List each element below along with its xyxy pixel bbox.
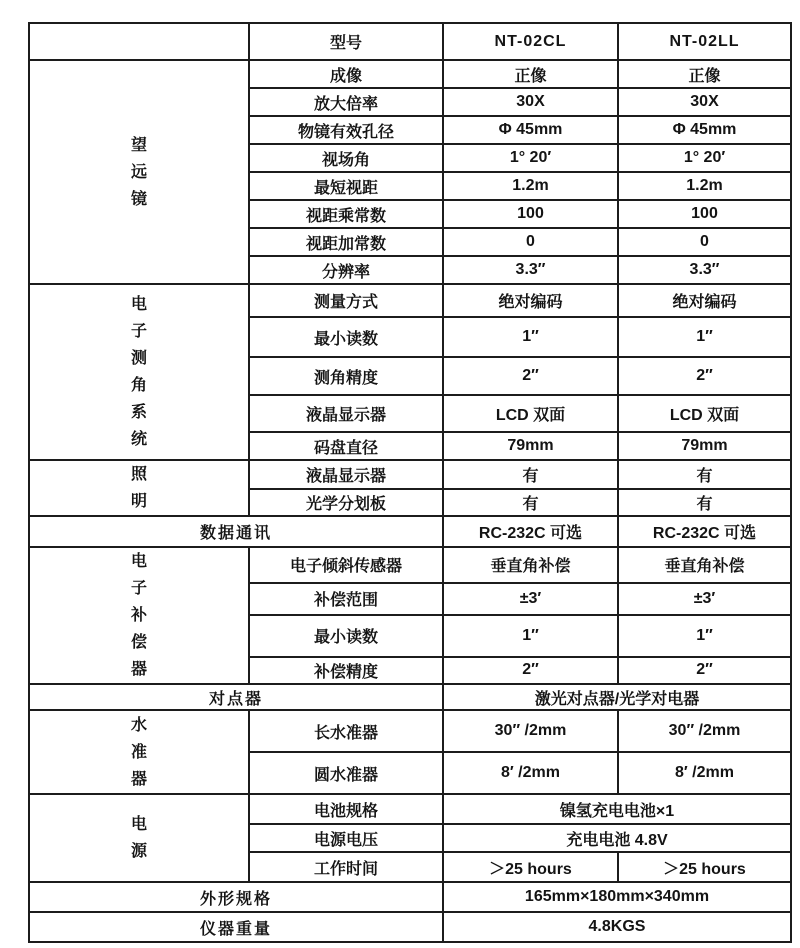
section-power-label: 电 源 (29, 794, 249, 882)
angle-accuracy-value-1: 2″ (443, 357, 618, 395)
power-voltage-label: 电源电压 (249, 824, 443, 852)
telescope-stadia-add-label: 视距加常数 (249, 228, 443, 256)
telescope-imaging-value-2: 正像 (618, 60, 791, 88)
telescope-char-1: 望 (30, 132, 248, 159)
telescope-aperture-label: 物镜有效孔径 (249, 116, 443, 144)
header-model-2: NT-02LL (618, 23, 791, 60)
level-char-1: 水 (30, 712, 248, 739)
power-working-time-value-1: ＞25 hours (443, 852, 618, 882)
angle-method-value-2: 绝对编码 (618, 284, 791, 317)
illumination-reticle-value-2: 有 (618, 489, 791, 517)
compensator-char-4: 偿 (30, 629, 248, 656)
power-working-time-label: 工作时间 (249, 852, 443, 882)
illumination-lcd-value-1: 有 (443, 460, 618, 489)
power-battery-label: 电池规格 (249, 794, 443, 824)
telescope-aperture-value-1: Φ 45mm (443, 116, 618, 144)
spec-sheet-page: 型号 NT-02CL NT-02LL 望 远 镜 成像 正像 正像 放大倍率 3… (0, 0, 800, 948)
level-char-2: 准 (30, 739, 248, 766)
telescope-resolution-value-2: 3.3″ (618, 256, 791, 284)
power-char-1: 电 (30, 811, 248, 838)
power-battery-value: 镍氢充电电池×1 (443, 794, 791, 824)
angle-char-2: 子 (30, 318, 248, 345)
telescope-char-3: 镜 (30, 186, 248, 213)
telescope-magnification-label: 放大倍率 (249, 88, 443, 116)
angle-lcd-label: 液晶显示器 (249, 395, 443, 432)
angle-char-4: 角 (30, 372, 248, 399)
header-model-label: 型号 (249, 23, 443, 60)
angle-disc-diameter-value-2: 79mm (618, 432, 791, 460)
level-char-3: 器 (30, 766, 248, 793)
compensator-char-5: 器 (30, 656, 248, 683)
compensator-tilt-sensor-value-2: 垂直角补偿 (618, 547, 791, 583)
dimensions-label: 外形规格 (29, 882, 443, 912)
illumination-reticle-label: 光学分划板 (249, 489, 443, 517)
data-comm-value-2: RC-232C 可选 (618, 516, 791, 547)
compensator-char-1: 电 (30, 548, 248, 575)
compensator-accuracy-value-2: 2″ (618, 657, 791, 684)
angle-min-reading-value-1: 1″ (443, 317, 618, 357)
header-model-1: NT-02CL (443, 23, 618, 60)
section-compensator-label: 电 子 补 偿 器 (29, 547, 249, 684)
angle-lcd-value-1: LCD 双面 (443, 395, 618, 432)
compensator-accuracy-label: 补偿精度 (249, 657, 443, 684)
telescope-stadia-mult-value-2: 100 (618, 200, 791, 228)
illumination-char-2: 明 (30, 488, 248, 515)
level-plate-value-2: 30″ /2mm (618, 710, 791, 752)
telescope-imaging-value-1: 正像 (443, 60, 618, 88)
weight-value: 4.8KGS (443, 912, 791, 942)
compensator-range-value-2: ±3′ (618, 583, 791, 615)
telescope-char-2: 远 (30, 159, 248, 186)
compensator-range-value-1: ±3′ (443, 583, 618, 615)
telescope-magnification-value-1: 30X (443, 88, 618, 116)
level-circular-value-1: 8′ /2mm (443, 752, 618, 794)
angle-min-reading-value-2: 1″ (618, 317, 791, 357)
plummet-value: 激光对点器/光学对电器 (443, 684, 791, 710)
telescope-imaging-label: 成像 (249, 60, 443, 88)
compensator-char-2: 子 (30, 575, 248, 602)
telescope-stadia-add-value-1: 0 (443, 228, 618, 256)
spec-table: 型号 NT-02CL NT-02LL 望 远 镜 成像 正像 正像 放大倍率 3… (28, 22, 792, 943)
data-comm-value-1: RC-232C 可选 (443, 516, 618, 547)
level-plate-label: 长水准器 (249, 710, 443, 752)
compensator-min-reading-value-1: 1″ (443, 615, 618, 657)
illumination-reticle-value-1: 有 (443, 489, 618, 517)
angle-method-value-1: 绝对编码 (443, 284, 618, 317)
compensator-min-reading-value-2: 1″ (618, 615, 791, 657)
level-circular-label: 圆水准器 (249, 752, 443, 794)
compensator-char-3: 补 (30, 602, 248, 629)
illumination-lcd-label: 液晶显示器 (249, 460, 443, 489)
compensator-min-reading-label: 最小读数 (249, 615, 443, 657)
telescope-resolution-label: 分辨率 (249, 256, 443, 284)
telescope-stadia-mult-value-1: 100 (443, 200, 618, 228)
angle-method-label: 测量方式 (249, 284, 443, 317)
plummet-label: 对点器 (29, 684, 443, 710)
telescope-min-focus-value-2: 1.2m (618, 172, 791, 200)
angle-char-5: 系 (30, 399, 248, 426)
section-angle-system-label: 电 子 测 角 系 统 (29, 284, 249, 460)
weight-label: 仪器重量 (29, 912, 443, 942)
angle-accuracy-label: 测角精度 (249, 357, 443, 395)
section-telescope-label: 望 远 镜 (29, 60, 249, 284)
angle-char-3: 测 (30, 345, 248, 372)
telescope-min-focus-value-1: 1.2m (443, 172, 618, 200)
compensator-tilt-sensor-value-1: 垂直角补偿 (443, 547, 618, 583)
telescope-stadia-add-value-2: 0 (618, 228, 791, 256)
telescope-stadia-mult-label: 视距乘常数 (249, 200, 443, 228)
power-working-time-value-2: ＞25 hours (618, 852, 791, 882)
dimensions-value: 165mm×180mm×340mm (443, 882, 791, 912)
angle-accuracy-value-2: 2″ (618, 357, 791, 395)
power-voltage-value: 充电电池 4.8V (443, 824, 791, 852)
angle-char-6: 统 (30, 426, 248, 453)
telescope-resolution-value-1: 3.3″ (443, 256, 618, 284)
telescope-fov-label: 视场角 (249, 144, 443, 172)
angle-char-1: 电 (30, 291, 248, 318)
header-empty-cell (29, 23, 249, 60)
illumination-char-1: 照 (30, 461, 248, 488)
angle-min-reading-label: 最小读数 (249, 317, 443, 357)
angle-disc-diameter-value-1: 79mm (443, 432, 618, 460)
level-circular-value-2: 8′ /2mm (618, 752, 791, 794)
angle-lcd-value-2: LCD 双面 (618, 395, 791, 432)
section-illumination-label: 照 明 (29, 460, 249, 516)
data-comm-label: 数据通讯 (29, 516, 443, 547)
illumination-lcd-value-2: 有 (618, 460, 791, 489)
compensator-range-label: 补偿范围 (249, 583, 443, 615)
telescope-aperture-value-2: Φ 45mm (618, 116, 791, 144)
telescope-min-focus-label: 最短视距 (249, 172, 443, 200)
telescope-fov-value-1: 1° 20′ (443, 144, 618, 172)
telescope-fov-value-2: 1° 20′ (618, 144, 791, 172)
angle-disc-diameter-label: 码盘直径 (249, 432, 443, 460)
compensator-accuracy-value-1: 2″ (443, 657, 618, 684)
power-char-2: 源 (30, 838, 248, 865)
telescope-magnification-value-2: 30X (618, 88, 791, 116)
section-level-label: 水 准 器 (29, 710, 249, 794)
compensator-tilt-sensor-label: 电子倾斜传感器 (249, 547, 443, 583)
level-plate-value-1: 30″ /2mm (443, 710, 618, 752)
